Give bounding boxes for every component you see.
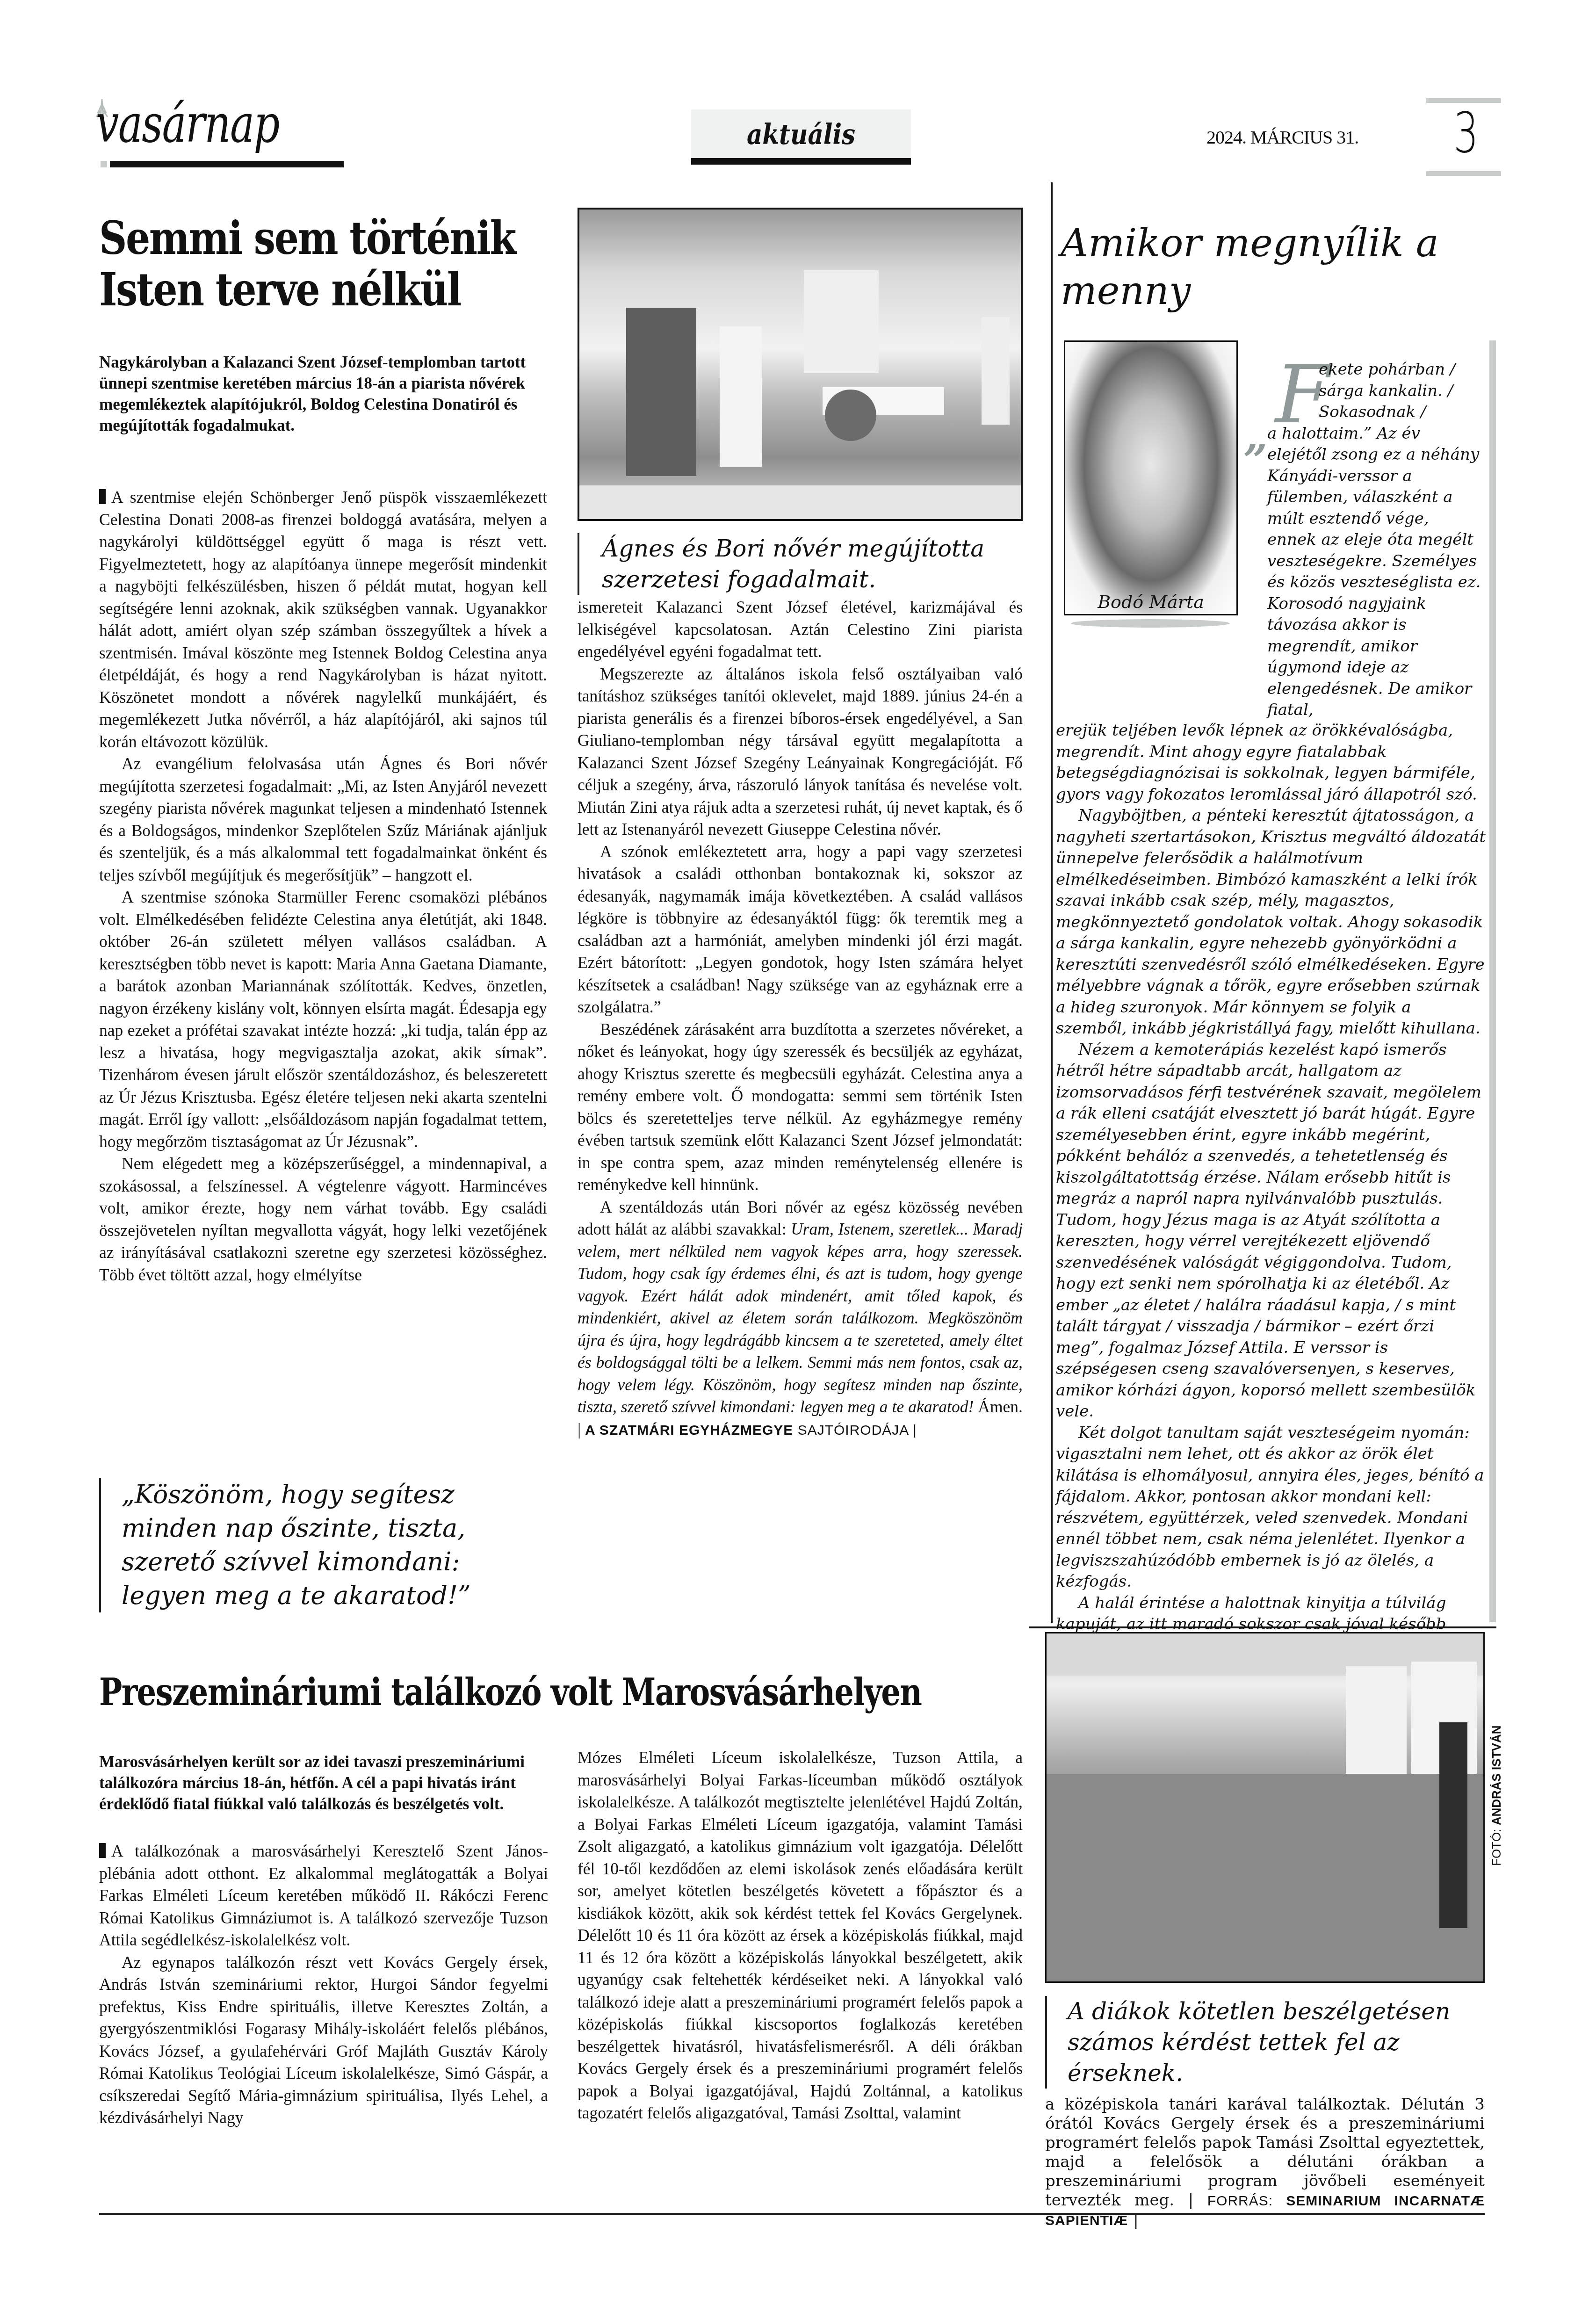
column-divider — [1051, 182, 1053, 1623]
paragraph: Az egynapos találkozón részt vett Kovács… — [99, 1951, 548, 2129]
paragraph-text: a középiskola tanári karával találkoztak… — [1045, 2095, 1485, 2210]
article3-headline: Preszemináriumi találkozó volt Marosvásá… — [99, 1669, 969, 1715]
photo-caption: A diákok kötetlen beszélgetésen számos k… — [1045, 1996, 1480, 2089]
opening-text: a halottaim.” Az év elejétől zsong ez a … — [1267, 423, 1482, 721]
article1-headline: Semmi sem történik Isten terve nélkül — [99, 213, 476, 316]
headline-line-1: Semmi sem történik — [99, 213, 476, 264]
opinion-sidebar-bar — [1489, 340, 1496, 1622]
paragraph: Mózes Elméleti Líceum iskolalelkésze, Tu… — [578, 1747, 1023, 2125]
headline-line-2: Isten terve nélkül — [99, 264, 476, 316]
paragraph-text: A szentmise elején Schönberger Jenő püsp… — [99, 488, 547, 751]
author-name-underline — [1071, 619, 1230, 628]
poem-lines: ekete pohárban / sárga kankalin. / Sokas… — [1267, 359, 1482, 423]
paragraph-marker — [99, 489, 106, 504]
page-number-bar-bottom — [1426, 171, 1501, 176]
paragraph: ismereteit Kalazanci Szent József életév… — [578, 596, 1023, 663]
section-tab[interactable]: aktuális — [691, 109, 911, 165]
logo-underline — [110, 161, 344, 167]
issue-date: 2024. MÁRCIUS 31. — [1206, 126, 1358, 148]
source-label: FORRÁS: — [1207, 2193, 1286, 2209]
students-meeting-photo[interactable] — [1045, 1632, 1485, 1983]
article1-column-2: ismereteit Kalazanci Szent József életév… — [578, 596, 1023, 1441]
paragraph: A találkozónak a marosvásárhelyi Kereszt… — [99, 1840, 548, 1951]
paragraph-marker — [99, 1843, 106, 1858]
opening-quote-mark: „ — [1244, 412, 1268, 461]
paragraph: A szentáldozás után Bori nővér az egész … — [578, 1196, 1023, 1442]
paragraph: A szentmise szónoka Starmüller Ferenc cs… — [99, 886, 547, 1153]
article3-column-1: A találkozónak a marosvásárhelyi Kereszt… — [99, 1840, 548, 2129]
publication-logo[interactable]: vasárnap — [96, 94, 279, 154]
article3-column-2: Mózes Elméleti Líceum iskolalelkésze, Tu… — [578, 1747, 1023, 2125]
section-divider — [1029, 1626, 1496, 1628]
article3-lead: Marosvásárhelyen került sor az idei tava… — [99, 1751, 548, 1814]
photo-caption: Ágnes és Bori nővér megújította szerzete… — [578, 533, 1003, 595]
photo-placeholder-icon — [579, 210, 1021, 519]
paragraph: Megszerezte az általános iskola felső os… — [578, 663, 1023, 841]
author-portrait[interactable] — [1064, 340, 1238, 615]
photo-credit: FOTÓ: ANDRÁS ISTVÁN — [1489, 1726, 1504, 1866]
article1-lead: Nagykárolyban a Kalazanci Szent József-t… — [99, 352, 547, 436]
article3-column-3: a középiskola tanári karával találkoztak… — [1045, 2095, 1485, 2230]
paragraph: A szentmise elején Schönberger Jenő püsp… — [99, 486, 547, 753]
paragraph-text: A találkozónak a marosvásárhelyi Kereszt… — [99, 1842, 548, 1949]
page-number: 3 — [1440, 98, 1492, 168]
paragraph: Beszédének zárásaként arra buzdította a … — [578, 1019, 1023, 1196]
photo-placeholder-icon — [1047, 1633, 1483, 1981]
article2-headline: Amikor megnyílik a menny — [1061, 220, 1481, 315]
paragraph: Nem elégedett meg a középszerűséggel, a … — [99, 1153, 547, 1286]
section-label: aktuális — [707, 109, 895, 160]
source-signature-suffix: SAJTÓIRODÁJA | — [793, 1423, 917, 1438]
article2-body: erejük teljében levők lépnek az örökkéva… — [1056, 720, 1486, 1699]
article2-opening: ekete pohárban / sárga kankalin. / Sokas… — [1267, 359, 1482, 721]
source-signature: A SZATMÁRI EGYHÁZMEGYE — [585, 1423, 793, 1438]
page-bottom-rule — [99, 2213, 1485, 2215]
paragraph: Az evangélium felolvasása után Ágnes és … — [99, 753, 547, 886]
photo-credit-name: ANDRÁS ISTVÁN — [1489, 1726, 1503, 1826]
article1-column-1: A szentmise elején Schönberger Jenő püsp… — [99, 486, 547, 1286]
paragraph: erejük teljében levők lépnek az örökkéva… — [1056, 720, 1486, 805]
photo-credit-label: FOTÓ: — [1489, 1825, 1503, 1866]
paragraph: Nagyböjtben, a pénteki keresztút ájtatos… — [1056, 805, 1486, 1040]
paragraph: A szónok emlékeztetett arra, hogy a papi… — [578, 841, 1023, 1019]
paragraph: Két dolgot tanultam saját veszteségeim n… — [1056, 1423, 1486, 1593]
pull-quote: „Köszönöm, hogy segítesz minden nap őszi… — [99, 1478, 520, 1612]
paragraph: Nézem a kemoterápiás kezelést kapó ismer… — [1056, 1040, 1486, 1423]
church-mass-photo[interactable] — [578, 208, 1023, 521]
logo-accent — [101, 161, 107, 167]
author-name: Bodó Márta — [1064, 590, 1238, 614]
prayer-text: Uram, Istenem, szeretlek... Maradj velem… — [578, 1220, 1023, 1416]
